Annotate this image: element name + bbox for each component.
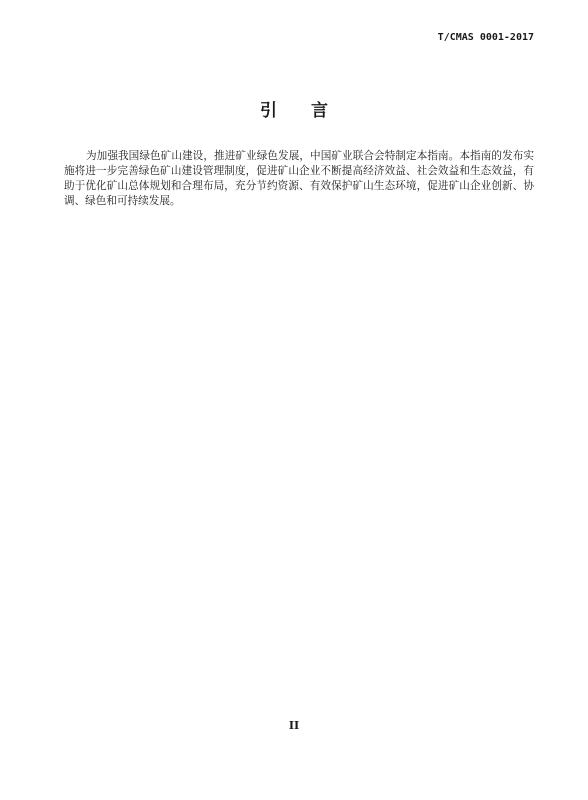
document-code: T/CMAS 0001-2017: [438, 32, 534, 43]
page-number: II: [0, 719, 588, 732]
section-title: 引言: [0, 96, 588, 121]
introduction-paragraph: 为加强我国绿色矿山建设，推进矿业绿色发展，中国矿业联合会特制定本指南。本指南的发…: [64, 149, 534, 209]
